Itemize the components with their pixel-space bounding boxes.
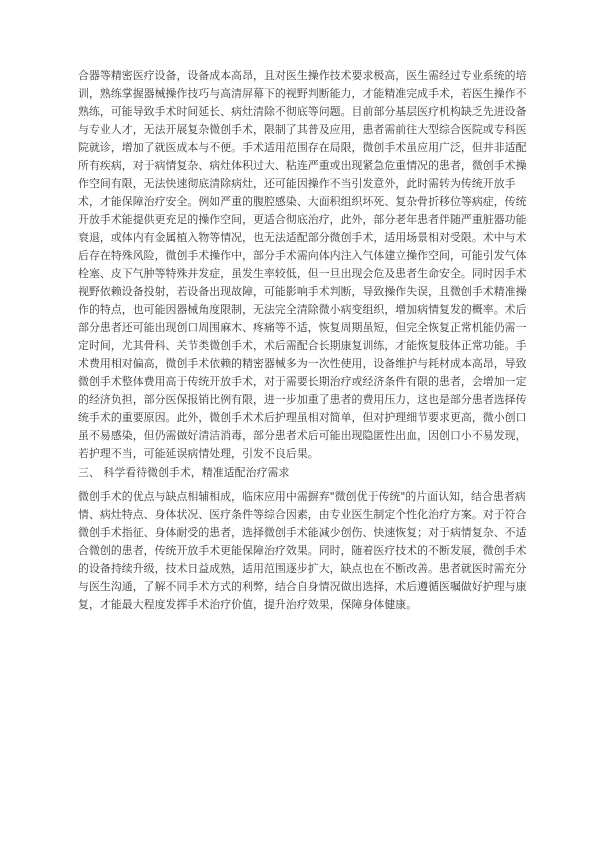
- text-line: 若护理不当，可能延误病情处理，引发不良后果。: [78, 445, 523, 463]
- section-title: 三、 科学看待微创手术，精准适配治疗需求: [78, 464, 523, 482]
- text-line: 熟练，可能导致手术时间延长、病灶清除不彻底等问题。目前部分基层医疗机构缺乏先进设…: [78, 103, 523, 121]
- text-line: 训，熟练掌握器械操作技巧与高清屏幕下的视野判断能力，才能精准完成手术，若医生操作…: [78, 85, 523, 103]
- text-line: 的经济负担，部分医保报销比例有限，进一步加重了患者的费用压力，这也是部分患者选择…: [78, 391, 523, 409]
- text-line: 视野依赖设备投射，若设备出现故障，可能影响手术判断，导致操作失误，且微创手术精准…: [78, 283, 523, 301]
- text-line: 衰退，或体内有金属植入物等情况，也无法适配部分微创手术，适用场景相对受限。术中与…: [78, 229, 523, 247]
- text-line: 术，才能保障治疗安全。例如严重的腹腔感染、大面积组织坏死、复杂骨折移位等病症，传…: [78, 193, 523, 211]
- text-line: 所有疾病，对于病情复杂、病灶体积过大、粘连严重或出现紧急危重情况的患者，微创手术…: [78, 157, 523, 175]
- paragraph-scientific-view: 微创手术的优点与缺点相辅相成，临床应用中需摒弃"微创优于传统"的片面认知，结合患…: [78, 488, 523, 614]
- text-line: 后存在特殊风险，微创手术操作中，部分手术需向体内注入气体建立操作空间，可能引发气…: [78, 247, 523, 265]
- text-line: 与专业人才，无法开展复杂微创手术，限制了其普及应用，患者需前往大型综合医院或专科…: [78, 121, 523, 139]
- text-line: 栓塞、皮下气肿等特殊并发症，虽发生率较低，但一旦出现会危及患者生命安全。同时因手…: [78, 265, 523, 283]
- text-line: 定时间，尤其骨科、关节类微创手术，术后需配合长期康复训练，才能恢复肢体正常功能。…: [78, 337, 523, 355]
- text-line: 开放手术能提供更充足的操作空间，更适合彻底治疗，此外，部分老年患者伴随严重脏器功…: [78, 211, 523, 229]
- text-line: 微创手术指征、身体耐受的患者，选择微创手术能减少创伤、快速恢复；对于病情复杂、不…: [78, 524, 523, 542]
- text-line: 术费用相对偏高，微创手术依赖的精密器械多为一次性使用，设备维护与耗材成本高昂，导…: [78, 355, 523, 373]
- text-line: 情、病灶特点、身体状况、医疗条件等综合因素，由专业医生制定个性化治疗方案。对于符…: [78, 506, 523, 524]
- text-line: 微创手术整体费用高于传统开放手术，对于需要长期治疗或经济条件有限的患者，会增加一…: [78, 373, 523, 391]
- section-heading: 三、 科学看待微创手术，精准适配治疗需求: [78, 464, 523, 482]
- text-line: 统手术的重要原因。此外，微创手术术后护理虽相对简单，但对护理细节要求更高，微小创…: [78, 409, 523, 427]
- document-page: 合器等精密医疗设备，设备成本高昂，且对医生操作技术要求极高，医生需经过专业系统的…: [0, 0, 595, 841]
- text-line: 院就诊，增加了就医成本与不便。手术适用范围存在局限，微创手术虽应用广泛，但并非适…: [78, 139, 523, 157]
- paragraph-surgery-limitations: 合器等精密医疗设备，设备成本高昂，且对医生操作技术要求极高，医生需经过专业系统的…: [78, 67, 523, 463]
- text-line: 与医生沟通，了解不同手术方式的利弊，结合自身情况做出选择，术后遵循医嘱做好护理与…: [78, 578, 523, 596]
- text-line: 微创手术的优点与缺点相辅相成，临床应用中需摒弃"微创优于传统"的片面认知，结合患…: [78, 488, 523, 506]
- text-line: 合微创的患者，传统开放手术更能保障治疗效果。同时，随着医疗技术的不断发展，微创手…: [78, 542, 523, 560]
- text-line: 部分患者还可能出现创口周围麻木、疼痛等不适，恢复周期虽短，但完全恢复正常机能仍需…: [78, 319, 523, 337]
- text-line: 的设备持续升级，技术日益成熟，适用范围逐步扩大，缺点也在不断改善。患者就医时需充…: [78, 560, 523, 578]
- text-line: 作空间有限，无法快速彻底清除病灶，还可能因操作不当引发意外，此时需转为传统开放手: [78, 175, 523, 193]
- text-line: 作的特点，也可能因器械角度限制，无法完全清除微小病变组织，增加病情复发的概率。术…: [78, 301, 523, 319]
- text-line: 合器等精密医疗设备，设备成本高昂，且对医生操作技术要求极高，医生需经过专业系统的…: [78, 67, 523, 85]
- text-line: 虽不易感染，但仍需做好清洁消毒，部分患者术后可能出现隐匿性出血，因创口小不易发现…: [78, 427, 523, 445]
- text-line: 复，才能最大程度发挥手术治疗价值，提升治疗效果，保障身体健康。: [78, 596, 523, 614]
